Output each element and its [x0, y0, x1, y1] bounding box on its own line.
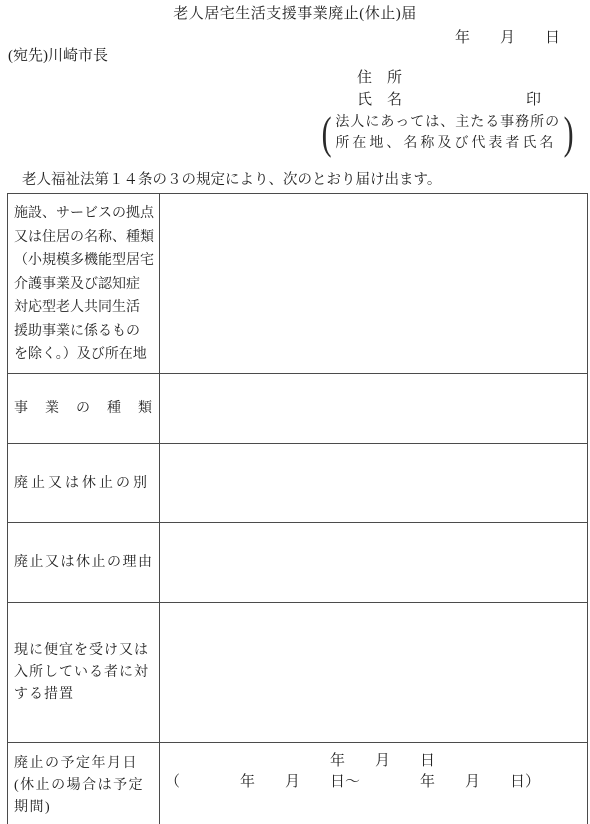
row-label-abolition-or-suspension: 廃止又は休止の別: [8, 443, 160, 522]
suspension-period-line: （ 年 月 日～ 年 月 日）: [160, 770, 587, 791]
scheduled-date-line: 年 月 日: [160, 749, 587, 770]
form-table: 施設、サービスの拠点 又は住居の名称、種類 （小規模多機能型居宅 介護事業及び認…: [7, 193, 588, 824]
row-label-business-type: 事 業 の 種 類: [8, 373, 160, 443]
table-row-scheduled-date: 廃止の予定年月日 (休止の場合は予定 期間) 年 月 日 （ 年 月 日～ 年 …: [8, 742, 588, 824]
table-row-reason: 廃止又は休止の理由: [8, 522, 588, 602]
row-value-facility: [160, 194, 588, 374]
document-page: 老人居宅生活支援事業廃止(休止)届 年 月 日 (宛先)川崎市長 住 所 氏 名…: [0, 0, 590, 824]
corporate-note-line-2: 所在地、名称及び代表者氏名: [335, 133, 560, 154]
row-value-abolition-or-suspension: [160, 443, 588, 522]
table-row-measures: 現に便宜を受け又は 入所している者に対 する措置: [8, 602, 588, 742]
row-label-measures: 現に便宜を受け又は 入所している者に対 する措置: [8, 602, 160, 742]
corporate-note-lines: 法人にあっては、主たる事務所の 所在地、名称及び代表者氏名: [334, 112, 561, 154]
corporate-note-line-1: 法人にあっては、主たる事務所の: [335, 112, 560, 133]
row-label-scheduled-date: 廃止の予定年月日 (休止の場合は予定 期間): [8, 742, 160, 824]
row-label-facility: 施設、サービスの拠点 又は住居の名称、種類 （小規模多機能型居宅 介護事業及び認…: [8, 194, 160, 374]
row-label-reason: 廃止又は休止の理由: [8, 522, 160, 602]
table-row-business-type: 事 業 の 種 類: [8, 373, 588, 443]
addressee-label: (宛先)川崎市長: [8, 44, 108, 65]
legal-statement: 老人福祉法第１４条の３の規定により、次のとおり届け出ます。: [22, 168, 441, 189]
page-title: 老人居宅生活支援事業廃止(休止)届: [0, 2, 590, 23]
submission-date-line: 年 月 日: [455, 26, 560, 47]
left-bracket-glyph: (: [322, 111, 332, 155]
row-value-measures: [160, 602, 588, 742]
table-row-abolition-or-suspension: 廃止又は休止の別: [8, 443, 588, 522]
row-value-business-type: [160, 373, 588, 443]
corporate-note: ( 法人にあっては、主たる事務所の 所在地、名称及び代表者氏名 ): [319, 111, 577, 155]
right-bracket-glyph: ): [564, 111, 574, 155]
row-value-reason: [160, 522, 588, 602]
name-label: 氏 名: [357, 88, 402, 109]
table-row-facility: 施設、サービスの拠点 又は住居の名称、種類 （小規模多機能型居宅 介護事業及び認…: [8, 194, 588, 374]
seal-mark: 印: [526, 88, 541, 109]
address-label: 住 所: [357, 66, 402, 87]
row-value-scheduled-date: 年 月 日 （ 年 月 日～ 年 月 日）: [160, 742, 588, 824]
